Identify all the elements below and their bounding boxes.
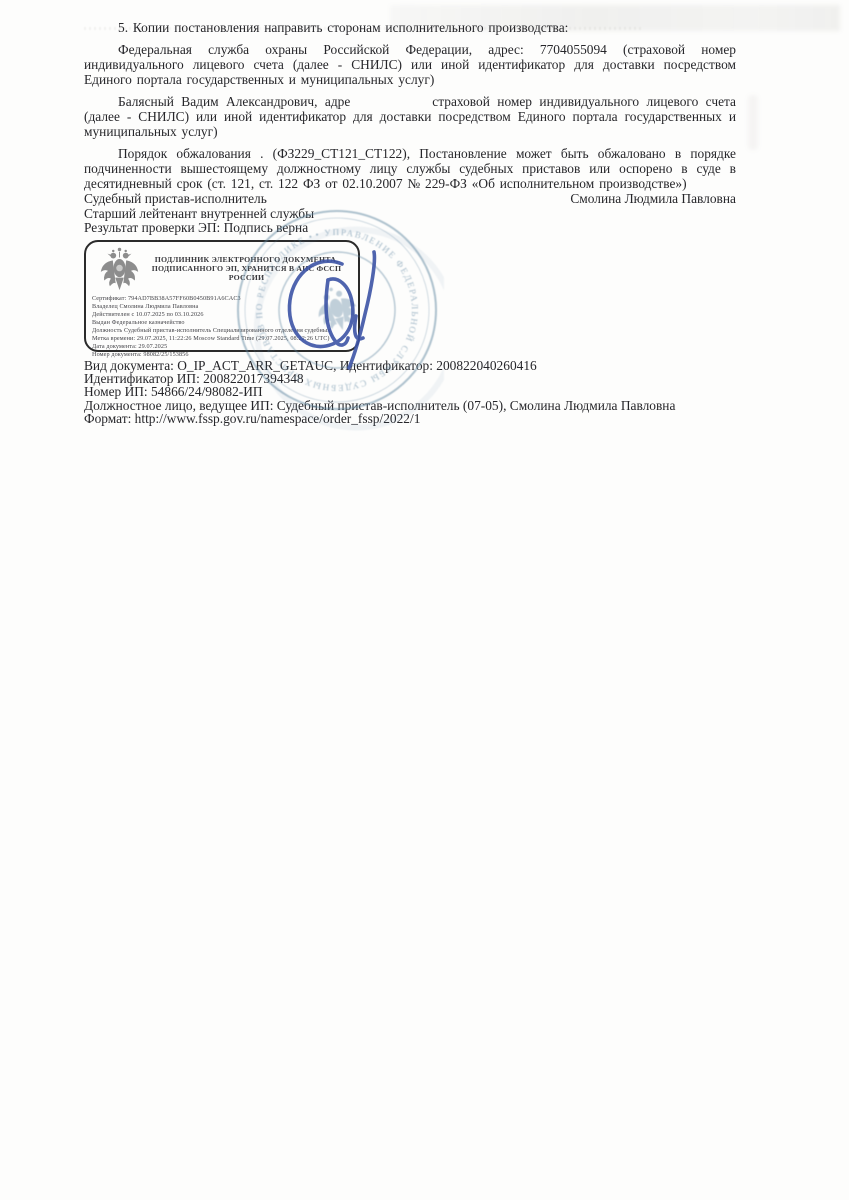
coat-of-arms-icon <box>98 246 141 292</box>
meta-block: Вид документа: O_IP_ACT_ARR_GETAUC, Иден… <box>84 359 736 425</box>
meta-line: Должностное лицо, ведущее ИП: Судебный п… <box>84 399 736 412</box>
bleed-artifact-right <box>748 95 758 150</box>
stamp-detail-line: Сертификат: 794AD7BB38A57FF60B0450B91A6C… <box>92 295 352 303</box>
esign-stamp-box: ПОДЛИННИК ЭЛЕКТРОННОГО ДОКУМЕНТА, ПОДПИС… <box>84 240 360 352</box>
stamp-detail-lines: Сертификат: 794AD7BB38A57FF60B0450B91A6C… <box>92 295 352 360</box>
paragraph-copies: 5. Копии постановления направить сторона… <box>84 20 736 35</box>
stamp-detail-line: Владелец Смолина Людмила Павловна <box>92 303 352 311</box>
officer-row: Судебный пристав-исполнитель Смолина Люд… <box>84 192 736 207</box>
debtor-name-text: Балясный Вадим Александрович, адре <box>118 94 350 109</box>
officer-title: Судебный пристав-исполнитель <box>84 192 267 207</box>
officer-name: Смолина Людмила Павловна <box>570 192 736 207</box>
ep-verification: Результат проверки ЭП: Подпись верна <box>84 221 736 236</box>
paragraph-debtor: Балясный Вадим Александрович, адрестрахо… <box>84 94 736 139</box>
stamp-detail-line: Должность Судебный пристав-исполнитель С… <box>92 327 352 335</box>
stamp-detail-line: Номер документа: 98082/25/153856 <box>92 351 352 359</box>
stamp-detail-line: Действителен с 10.07.2025 по 03.10.2026 <box>92 311 352 319</box>
meta-line: Вид документа: O_IP_ACT_ARR_GETAUC, Иден… <box>84 359 736 372</box>
stamp-header-row: ПОДЛИННИК ЭЛЕКТРОННОГО ДОКУМЕНТА, ПОДПИС… <box>92 246 352 292</box>
paragraph-fso: Федеральная служба охраны Российской Фед… <box>84 42 736 87</box>
stamp-detail-line: Метка времени: 29.07.2025, 11:22:26 Mosc… <box>92 335 352 343</box>
meta-line: Формат: http://www.fssp.gov.ru/namespace… <box>84 412 736 425</box>
stamp-detail-line: Дата документа: 29.07.2025 <box>92 343 352 351</box>
meta-line: Идентификатор ИП: 200822017394348 <box>84 372 736 385</box>
stamp-header: ПОДЛИННИК ЭЛЕКТРОННОГО ДОКУМЕНТА, ПОДПИС… <box>141 255 352 283</box>
stamp-detail-line: Выдан Федеральное казначейство <box>92 319 352 327</box>
document-page: 5. Копии постановления направить сторона… <box>0 0 849 1200</box>
paragraph-appeal: Порядок обжалования . (ФЗ229_СТ121_СТ122… <box>84 146 736 191</box>
body-text: 5. Копии постановления направить сторона… <box>84 20 736 425</box>
meta-line: Номер ИП: 54866/24/98082-ИП <box>84 385 736 398</box>
officer-rank: Старший лейтенант внутренней службы <box>84 207 736 222</box>
